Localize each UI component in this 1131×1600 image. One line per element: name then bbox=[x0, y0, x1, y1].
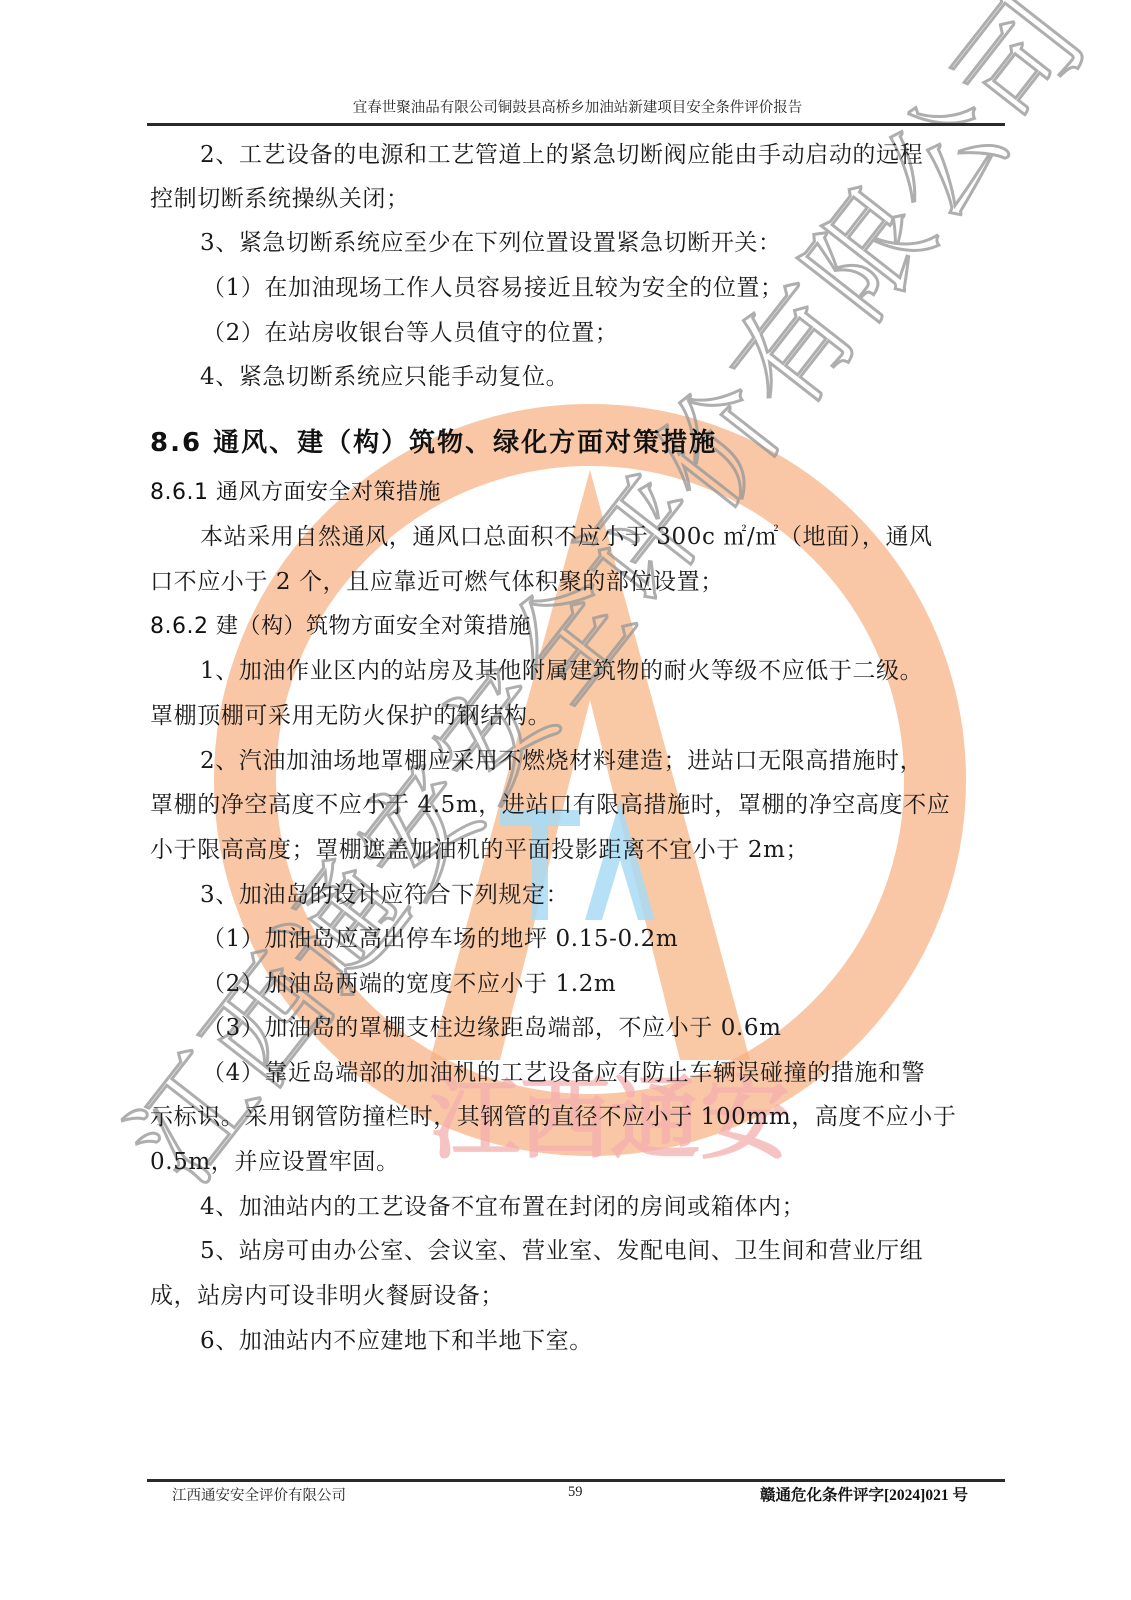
paragraph-line: 3、紧急切断系统应至少在下列位置设置紧急切断开关： bbox=[200, 228, 782, 258]
running-header: 宜春世聚油品有限公司铜鼓县高桥乡加油站新建项目安全条件评价报告 bbox=[150, 96, 1005, 117]
paragraph-line: 本站采用自然通风，通风口总面积不应小于 300c ㎡/㎡（地面），通风 bbox=[200, 522, 933, 552]
paragraph-line: 口不应小于 2 个，且应靠近可燃气体积聚的部位设置； bbox=[150, 567, 724, 597]
paragraph-line: 2、工艺设备的电源和工艺管道上的紧急切断阀应能由手动启动的远程 bbox=[200, 140, 923, 170]
subsection-heading: 8.6.2 建（构）筑物方面安全对策措施 bbox=[150, 612, 531, 642]
paragraph-line: 1、加油作业区内的站房及其他附属建筑物的耐火等级不应低于二级。 bbox=[200, 656, 923, 686]
paragraph-line: 5、站房可由办公室、会议室、营业室、发配电间、卫生间和营业厅组 bbox=[200, 1236, 923, 1266]
paragraph-line: （3）加油岛的罩棚支柱边缘距岛端部，不应小于 0.6m bbox=[202, 1013, 782, 1043]
paragraph-line: （4）靠近岛端部的加油机的工艺设备应有防止车辆误碰撞的措施和警 bbox=[202, 1058, 925, 1088]
paragraph-line: 3、加油岛的设计应符合下列规定： bbox=[200, 880, 569, 910]
section-heading: 8.6 通风、建（构）筑物、绿化方面对策措施 bbox=[150, 428, 717, 458]
paragraph-line: （1）在加油现场工作人员容易接近且较为安全的位置； bbox=[202, 273, 784, 303]
paragraph-line: 4、加油站内的工艺设备不宜布置在封闭的房间或箱体内； bbox=[200, 1192, 805, 1222]
paragraph-line: （1）加油岛应高出停车场的地坪 0.15-0.2m bbox=[202, 924, 678, 954]
header-divider bbox=[147, 123, 1005, 126]
paragraph-line: （2）在站房收银台等人员值守的位置； bbox=[202, 318, 618, 348]
paragraph-line: 6、加油站内不应建地下和半地下室。 bbox=[200, 1326, 593, 1356]
paragraph-line: 4、紧急切断系统应只能手动复位。 bbox=[200, 362, 569, 392]
paragraph-line: 示标识。采用钢管防撞栏时，其钢管的直径不应小于 100mm，高度不应小于 bbox=[150, 1102, 956, 1132]
footer-divider bbox=[147, 1479, 1005, 1482]
page-number: 59 bbox=[568, 1484, 583, 1501]
paragraph-line: 罩棚的净空高度不应小于 4.5m，进站口有限高措施时，罩棚的净空高度不应 bbox=[150, 790, 950, 820]
paragraph-line: 0.5m，并应设置牢固。 bbox=[150, 1147, 400, 1177]
paragraph-line: 成，站房内可设非明火餐厨设备； bbox=[150, 1281, 504, 1311]
paragraph-line: （2）加油岛两端的宽度不应小于 1.2m bbox=[202, 969, 616, 999]
paragraph-line: 罩棚顶棚可采用无防火保护的钢结构。 bbox=[150, 701, 551, 731]
paragraph-line: 2、汽油加油场地罩棚应采用不燃烧材料建造；进站口无限高措施时， bbox=[200, 746, 923, 776]
paragraph-line: 控制切断系统操纵关闭； bbox=[150, 184, 410, 214]
footer-company: 江西通安安全评价有限公司 bbox=[172, 1484, 346, 1505]
document-page: 江西通安 江西通安安全评价有限公司 宜春世聚油品有限公司铜鼓县高桥乡加油站新建项… bbox=[0, 0, 1131, 1600]
subsection-heading: 8.6.1 通风方面安全对策措施 bbox=[150, 478, 441, 508]
document-number: 赣通危化条件评字[2024]021 号 bbox=[760, 1483, 968, 1505]
paragraph-line: 小于限高高度；罩棚遮盖加油机的平面投影距离不宜小于 2m； bbox=[150, 835, 809, 865]
